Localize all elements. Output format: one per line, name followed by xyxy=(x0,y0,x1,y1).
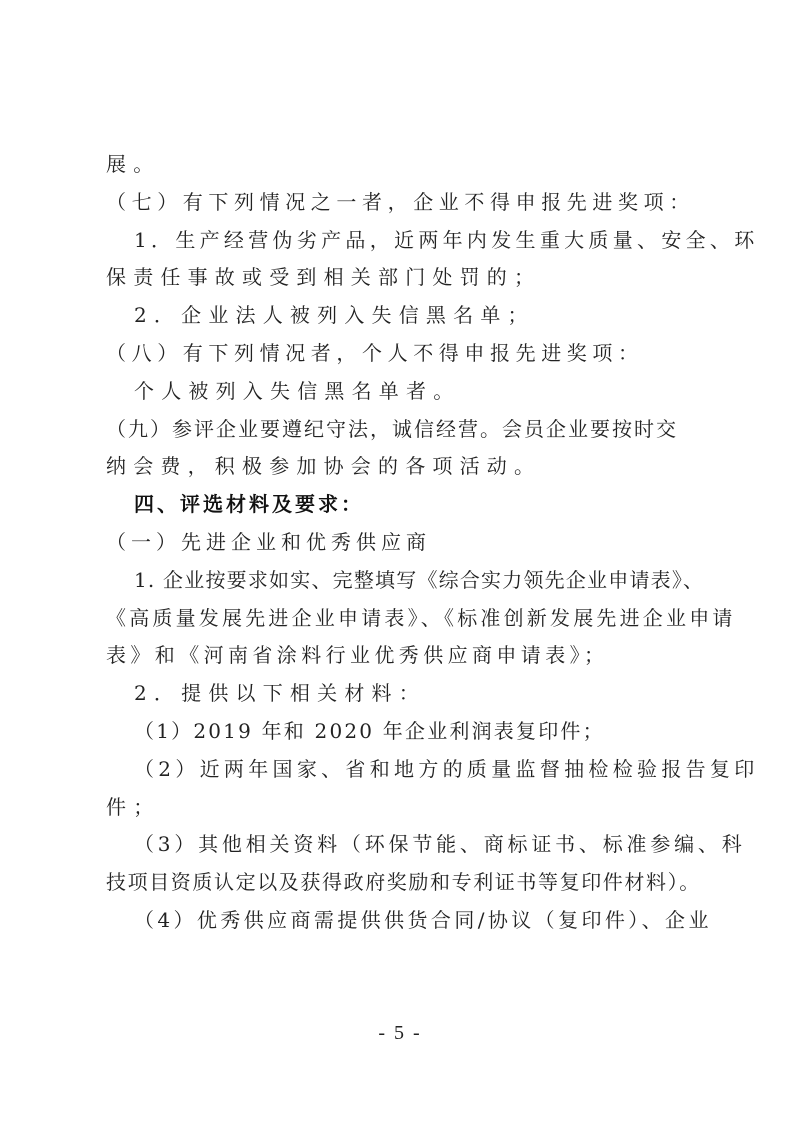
materials-item-2-sub-3-line-1: （3）其他相关资料（环保节能、商标证书、标准参编、科 xyxy=(106,826,698,864)
materials-item-2-sub-4-line-1: （4）优秀供应商需提供供货合同/协议（复印件）、企业 xyxy=(106,902,698,940)
clause-9-line-1: （九）参评企业要遵纪守法，诚信经营。会员企业要按时交 xyxy=(106,411,698,449)
clause-8-item: 个人被列入失信黑名单者。 xyxy=(106,373,698,411)
clause-7-item-1-line-1: 1．生产经营伪劣产品，近两年内发生重大质量、安全、环 xyxy=(106,222,698,260)
section-4-heading: 四、评选材料及要求： xyxy=(106,486,698,524)
clause-8-heading: （八）有下列情况者，个人不得申报先进奖项： xyxy=(106,335,698,373)
materials-item-2-sub-1: （1）2019 年和 2020 年企业利润表复印件； xyxy=(106,713,698,751)
materials-item-2-sub-3-line-2: 技项目资质认定以及获得政府奖励和专利证书等复印件材料）。 xyxy=(106,864,698,902)
document-page-body: 展。 （七）有下列情况之一者，企业不得申报先进奖项： 1．生产经营伪劣产品，近两… xyxy=(106,146,698,940)
materials-item-1-line-3: 表》和《河南省涂料行业优秀供应商申请表》； xyxy=(106,637,698,675)
clause-7-item-1-line-2: 保责任事故或受到相关部门处罚的； xyxy=(106,259,698,297)
materials-item-1-line-1: 1. 企业按要求如实、完整填写《综合实力领先企业申请表》、 xyxy=(106,562,698,600)
clause-7-heading: （七）有下列情况之一者，企业不得申报先进奖项： xyxy=(106,184,698,222)
materials-item-2-sub-2-line-2: 件； xyxy=(106,789,698,827)
materials-item-1-line-2: 《高质量发展先进企业申请表》、《标准创新发展先进企业申请 xyxy=(106,600,698,638)
page-number: - 5 - xyxy=(0,1022,800,1045)
materials-item-2-sub-2-line-1: （2）近两年国家、省和地方的质量监督抽检检验报告复印 xyxy=(106,751,698,789)
subsection-1-heading: （一）先进企业和优秀供应商 xyxy=(106,524,698,562)
clause-7-item-2: 2．企业法人被列入失信黑名单； xyxy=(106,297,698,335)
paragraph-continuation-line: 展。 xyxy=(106,146,698,184)
materials-item-2: 2．提供以下相关材料： xyxy=(106,675,698,713)
clause-9-line-2: 纳会费，积极参加协会的各项活动。 xyxy=(106,448,698,486)
